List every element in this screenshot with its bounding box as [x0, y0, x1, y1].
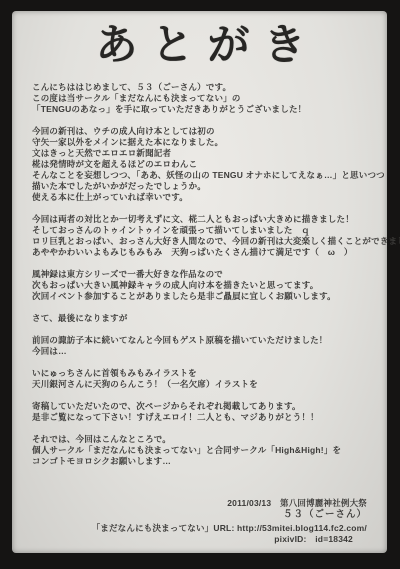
afterword-paragraph: いにゅっちさんに首領もみもみイラストを天川銀河さんに天狗のらんこう！（一名欠席）… [32, 368, 369, 390]
afterword-paragraph: こんにちははじめまして、５３（ごーさん）です。この度は当サークル「まだなんにも決… [32, 82, 369, 115]
afterword-paragraph: 今回は両者の対比とか一切考えずに文、椛二人ともおっぱい大きめに描きました！そして… [32, 214, 369, 258]
body-text-line: 天川銀河さんに天狗のらんこう！（一名欠席）イラストを [32, 379, 369, 390]
circle-url: 「まだなんにも決まってない」URL: http://53mitei.blog11… [32, 523, 367, 534]
body-text-line: さて、最後になりますが [32, 313, 369, 324]
pixiv-id: pixivID: id=18342 [32, 534, 367, 545]
body-text-line: 風神録は東方シリーズで一番大好きな作品なので [32, 269, 369, 280]
body-text-line: 使える本に仕上がっていれば幸いです。 [32, 192, 369, 203]
body-text-line: コンゴトモヨロシクお願いします… [32, 456, 369, 467]
body-text-line: 守矢一家以外をメインに据えた本になりました。 [32, 137, 369, 148]
afterword-paragraph: 風神録は東方シリーズで一番大好きな作品なので次もおっぱい大きい風神録キャラの成人… [32, 269, 369, 302]
body-text-line: 個人サークル「まだなんにも決まってない」と合同サークル「High&High!」を [32, 445, 369, 456]
body-text-line: 椛は発情時が文を超えるほどのエロわんこ [32, 159, 369, 170]
body-text-line: 描いた本でしたがいかがだったでしょうか。 [32, 181, 369, 192]
body-text-line: 今回の新刊は、ウチの成人向け本としては初の [32, 126, 369, 137]
body-text-line: 次もおっぱい大きい風神録キャラの成人向け本を描きたいと思ってます。 [32, 280, 369, 291]
paper-page: あとがき こんにちははじめまして、５３（ごーさん）です。この度は当サークル「まだ… [12, 11, 387, 553]
body-text-line: 寄稿していただいたので、次ページからそれぞれ掲載してあります。 [32, 401, 369, 412]
body-text-line: 文はきっと天然でエロエロ新聞記者 [32, 148, 369, 159]
afterword-paragraph: それでは、今回はこんなところで。個人サークル「まだなんにも決まってない」と合同サ… [32, 434, 369, 467]
body-text-line: いにゅっちさんに首領もみもみイラストを [32, 368, 369, 379]
afterword-body: こんにちははじめまして、５３（ごーさん）です。この度は当サークル「まだなんにも決… [32, 82, 369, 496]
afterword-paragraph: 今回の新刊は、ウチの成人向け本としては初の守矢一家以外をメインに据えた本になりま… [32, 126, 369, 203]
body-text-line: そんなことを妄想しつつ、「ああ、妖怪の山の TENGU オナホにしてえなぁ…」と… [32, 170, 369, 181]
body-text-line: この度は当サークル「まだなんにも決まってない」の [32, 93, 369, 104]
body-text-line: ロリ巨乳とおっぱい、おっさん大好き人間なので、今回の新刊は大変楽しく描くことがで… [32, 236, 369, 247]
body-text-line: 前回の諏訪子本に続いてなんと今回もゲスト原稿を描いていただけました！ [32, 335, 369, 346]
body-text-line: 「TENGUのあなっ」を手に取っていただきありがとうございました！ [32, 104, 369, 115]
body-text-line: 是非ご覧になって下さい！すげえエロイ！二人とも、マジありがとう！！ [32, 412, 369, 423]
body-text-line: それでは、今回はこんなところで。 [32, 434, 369, 445]
scanned-afterword-page: あとがき こんにちははじめまして、５３（ごーさん）です。この度は当サークル「まだ… [0, 0, 400, 569]
afterword-paragraph: 寄稿していただいたので、次ページからそれぞれ掲載してあります。是非ご覧になって下… [32, 401, 369, 423]
body-text-line: 次回イベント参加することがありましたら是非ご贔屓に宜しくお願いします。 [32, 291, 369, 302]
body-text-line: 今回は… [32, 346, 369, 357]
body-text-line: こんにちははじめまして、５３（ごーさん）です。 [32, 82, 369, 93]
body-text-line: あややかわいいよもみじもみもみ 天狗っぱいたくさん描けて満足です（ ω ） [32, 247, 369, 258]
page-title: あとがき [32, 21, 369, 69]
author-name: ５３（ごーさん） [32, 509, 367, 520]
event-date-line: 2011/03/13 第八回博麗神社例大祭 [32, 498, 367, 509]
afterword-paragraph: 前回の諏訪子本に続いてなんと今回もゲスト原稿を描いていただけました！今回は… [32, 335, 369, 357]
body-text-line: そしておっさんのトゥイントゥインを頑張って描いてしまいました ｑ [32, 225, 369, 236]
body-text-line: 今回は両者の対比とか一切考えずに文、椛二人ともおっぱい大きめに描きました！ [32, 214, 369, 225]
afterword-paragraph: さて、最後になりますが [32, 313, 369, 324]
colophon: 2011/03/13 第八回博麗神社例大祭 ５３（ごーさん） 「まだなんにも決ま… [32, 498, 369, 545]
